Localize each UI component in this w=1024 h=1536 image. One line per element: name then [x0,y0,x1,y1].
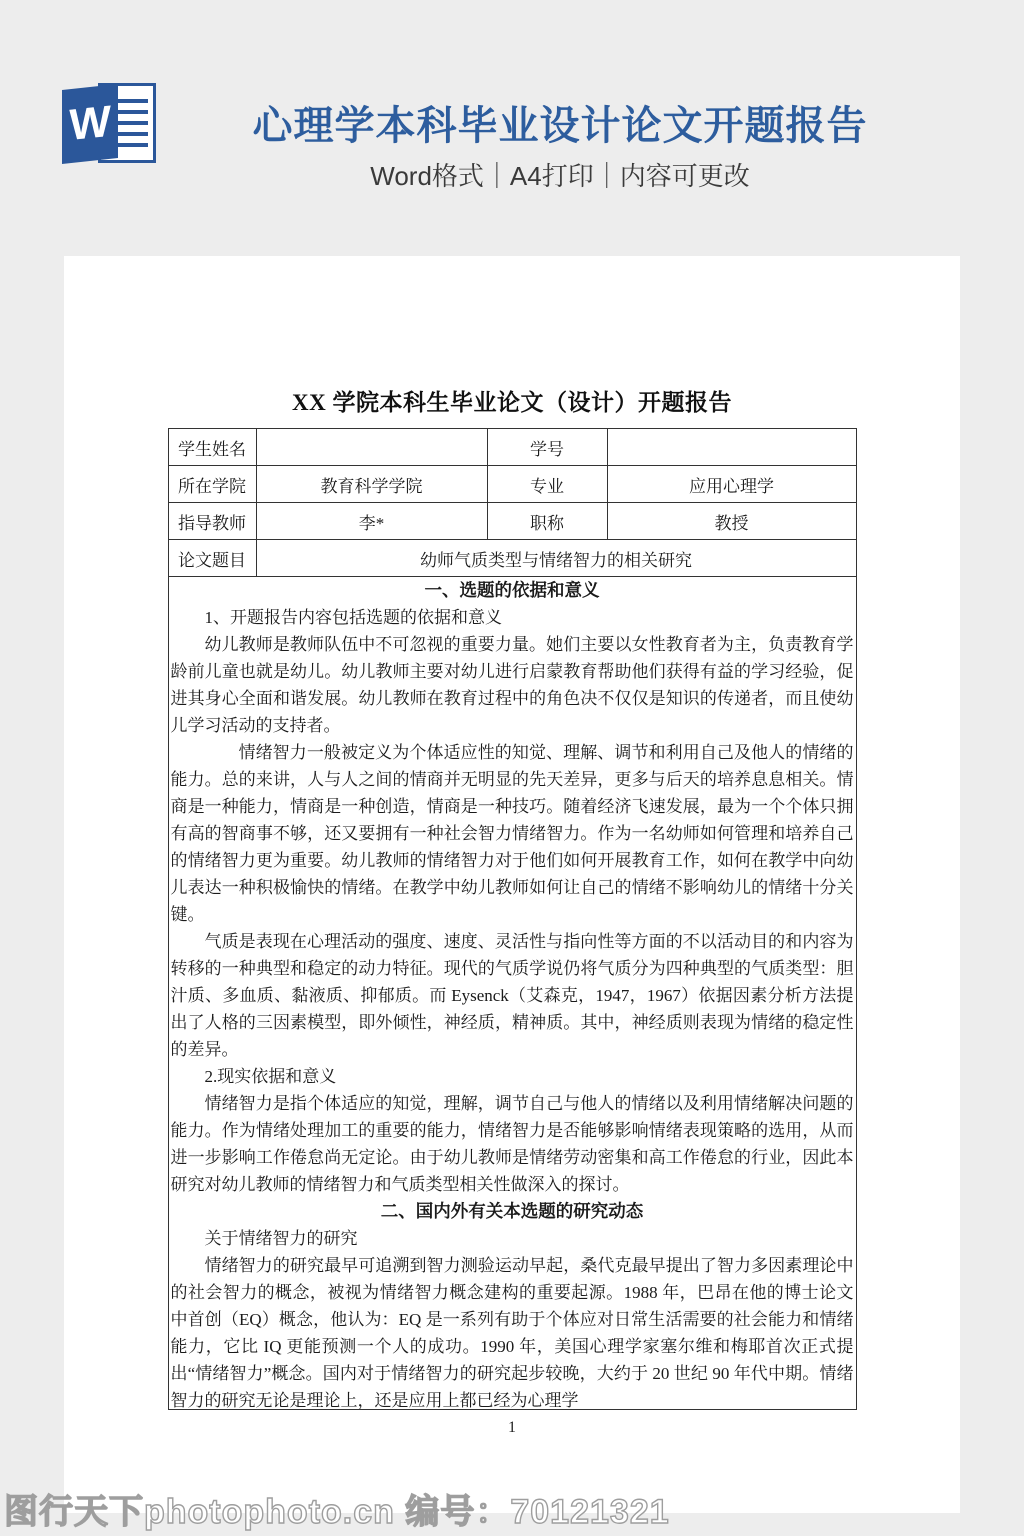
watermark: 图行天下photophoto.cn 编号：70121321 [4,1484,670,1533]
report-body-cell: 一、选题的依据和意义 1、开题报告内容包括选题的依据和意义 幼儿教师是教师队伍中… [168,577,856,1410]
cell-student-name-label: 学生姓名 [168,429,256,466]
cell-thesis-title-label: 论文题目 [168,540,256,577]
cell-rank-value: 教授 [607,503,856,540]
word-icon-letter: W [62,84,118,164]
word-icon: W [62,78,160,170]
cell-student-name-value [256,429,487,466]
table-row-advisor: 指导教师 李* 职称 教授 [168,503,856,540]
paragraph: 2.现实依据和意义 [171,1063,854,1090]
table-row-thesis-title: 论文题目 幼师气质类型与情绪智力的相关研究 [168,540,856,577]
paragraph: 关于情绪智力的研究 [171,1225,854,1252]
cell-student-id-value [607,429,856,466]
cell-advisor-value: 李* [256,503,487,540]
doc-title: XX 学院本科生毕业论文（设计）开题报告 [64,256,960,417]
table-row-student: 学生姓名 学号 [168,429,856,466]
cell-thesis-title-value: 幼师气质类型与情绪智力的相关研究 [256,540,856,577]
paragraph: 1、开题报告内容包括选题的依据和意义 [171,604,854,631]
cell-major-value: 应用心理学 [607,466,856,503]
section-heading-1: 一、选题的依据和意义 [171,577,854,604]
paragraph: 气质是表现在心理活动的强度、速度、灵活性与指向性等方面的不以活动目的和内容为转移… [171,928,854,1063]
header-subtitle: Word格式｜A4打印｜内容可更改 [170,156,950,193]
template-preview: W 心理学本科毕业设计论文开题报告 Word格式｜A4打印｜内容可更改 XX 学… [0,0,1024,1536]
table-row-report-body: 一、选题的依据和意义 1、开题报告内容包括选题的依据和意义 幼儿教师是教师队伍中… [168,577,856,1410]
cell-major-label: 专业 [487,466,607,503]
header-title: 心理学本科毕业设计论文开题报告 [170,94,950,151]
cell-student-id-label: 学号 [487,429,607,466]
page-number: 1 [64,1419,960,1437]
section-heading-2: 二、国内外有关本选题的研究动态 [171,1198,854,1225]
paragraph: 幼儿教师是教师队伍中不可忽视的重要力量。她们主要以女性教育者为主，负责教育学龄前… [171,631,854,739]
cell-college-value: 教育科学学院 [256,466,487,503]
cell-college-label: 所在学院 [168,466,256,503]
document-page: XX 学院本科生毕业论文（设计）开题报告 学生姓名 学号 所在学院 教育科学学院… [64,256,960,1513]
info-table: 学生姓名 学号 所在学院 教育科学学院 专业 应用心理学 指导教师 李* 职称 … [168,428,857,1410]
cell-rank-label: 职称 [487,503,607,540]
report-body: 一、选题的依据和意义 1、开题报告内容包括选题的依据和意义 幼儿教师是教师队伍中… [171,577,854,1409]
paragraph: 情绪智力的研究最早可追溯到智力测验运动早起，桑代克最早提出了智力多因素理论中的社… [171,1252,854,1409]
paragraph: 情绪智力一般被定义为个体适应性的知觉、理解、调节和利用自己及他人的情绪的能力。总… [171,739,854,928]
paragraph: 情绪智力是指个体适应的知觉，理解，调节自己与他人的情绪以及利用情绪解决问题的能力… [171,1090,854,1198]
cell-advisor-label: 指导教师 [168,503,256,540]
table-row-college: 所在学院 教育科学学院 专业 应用心理学 [168,466,856,503]
